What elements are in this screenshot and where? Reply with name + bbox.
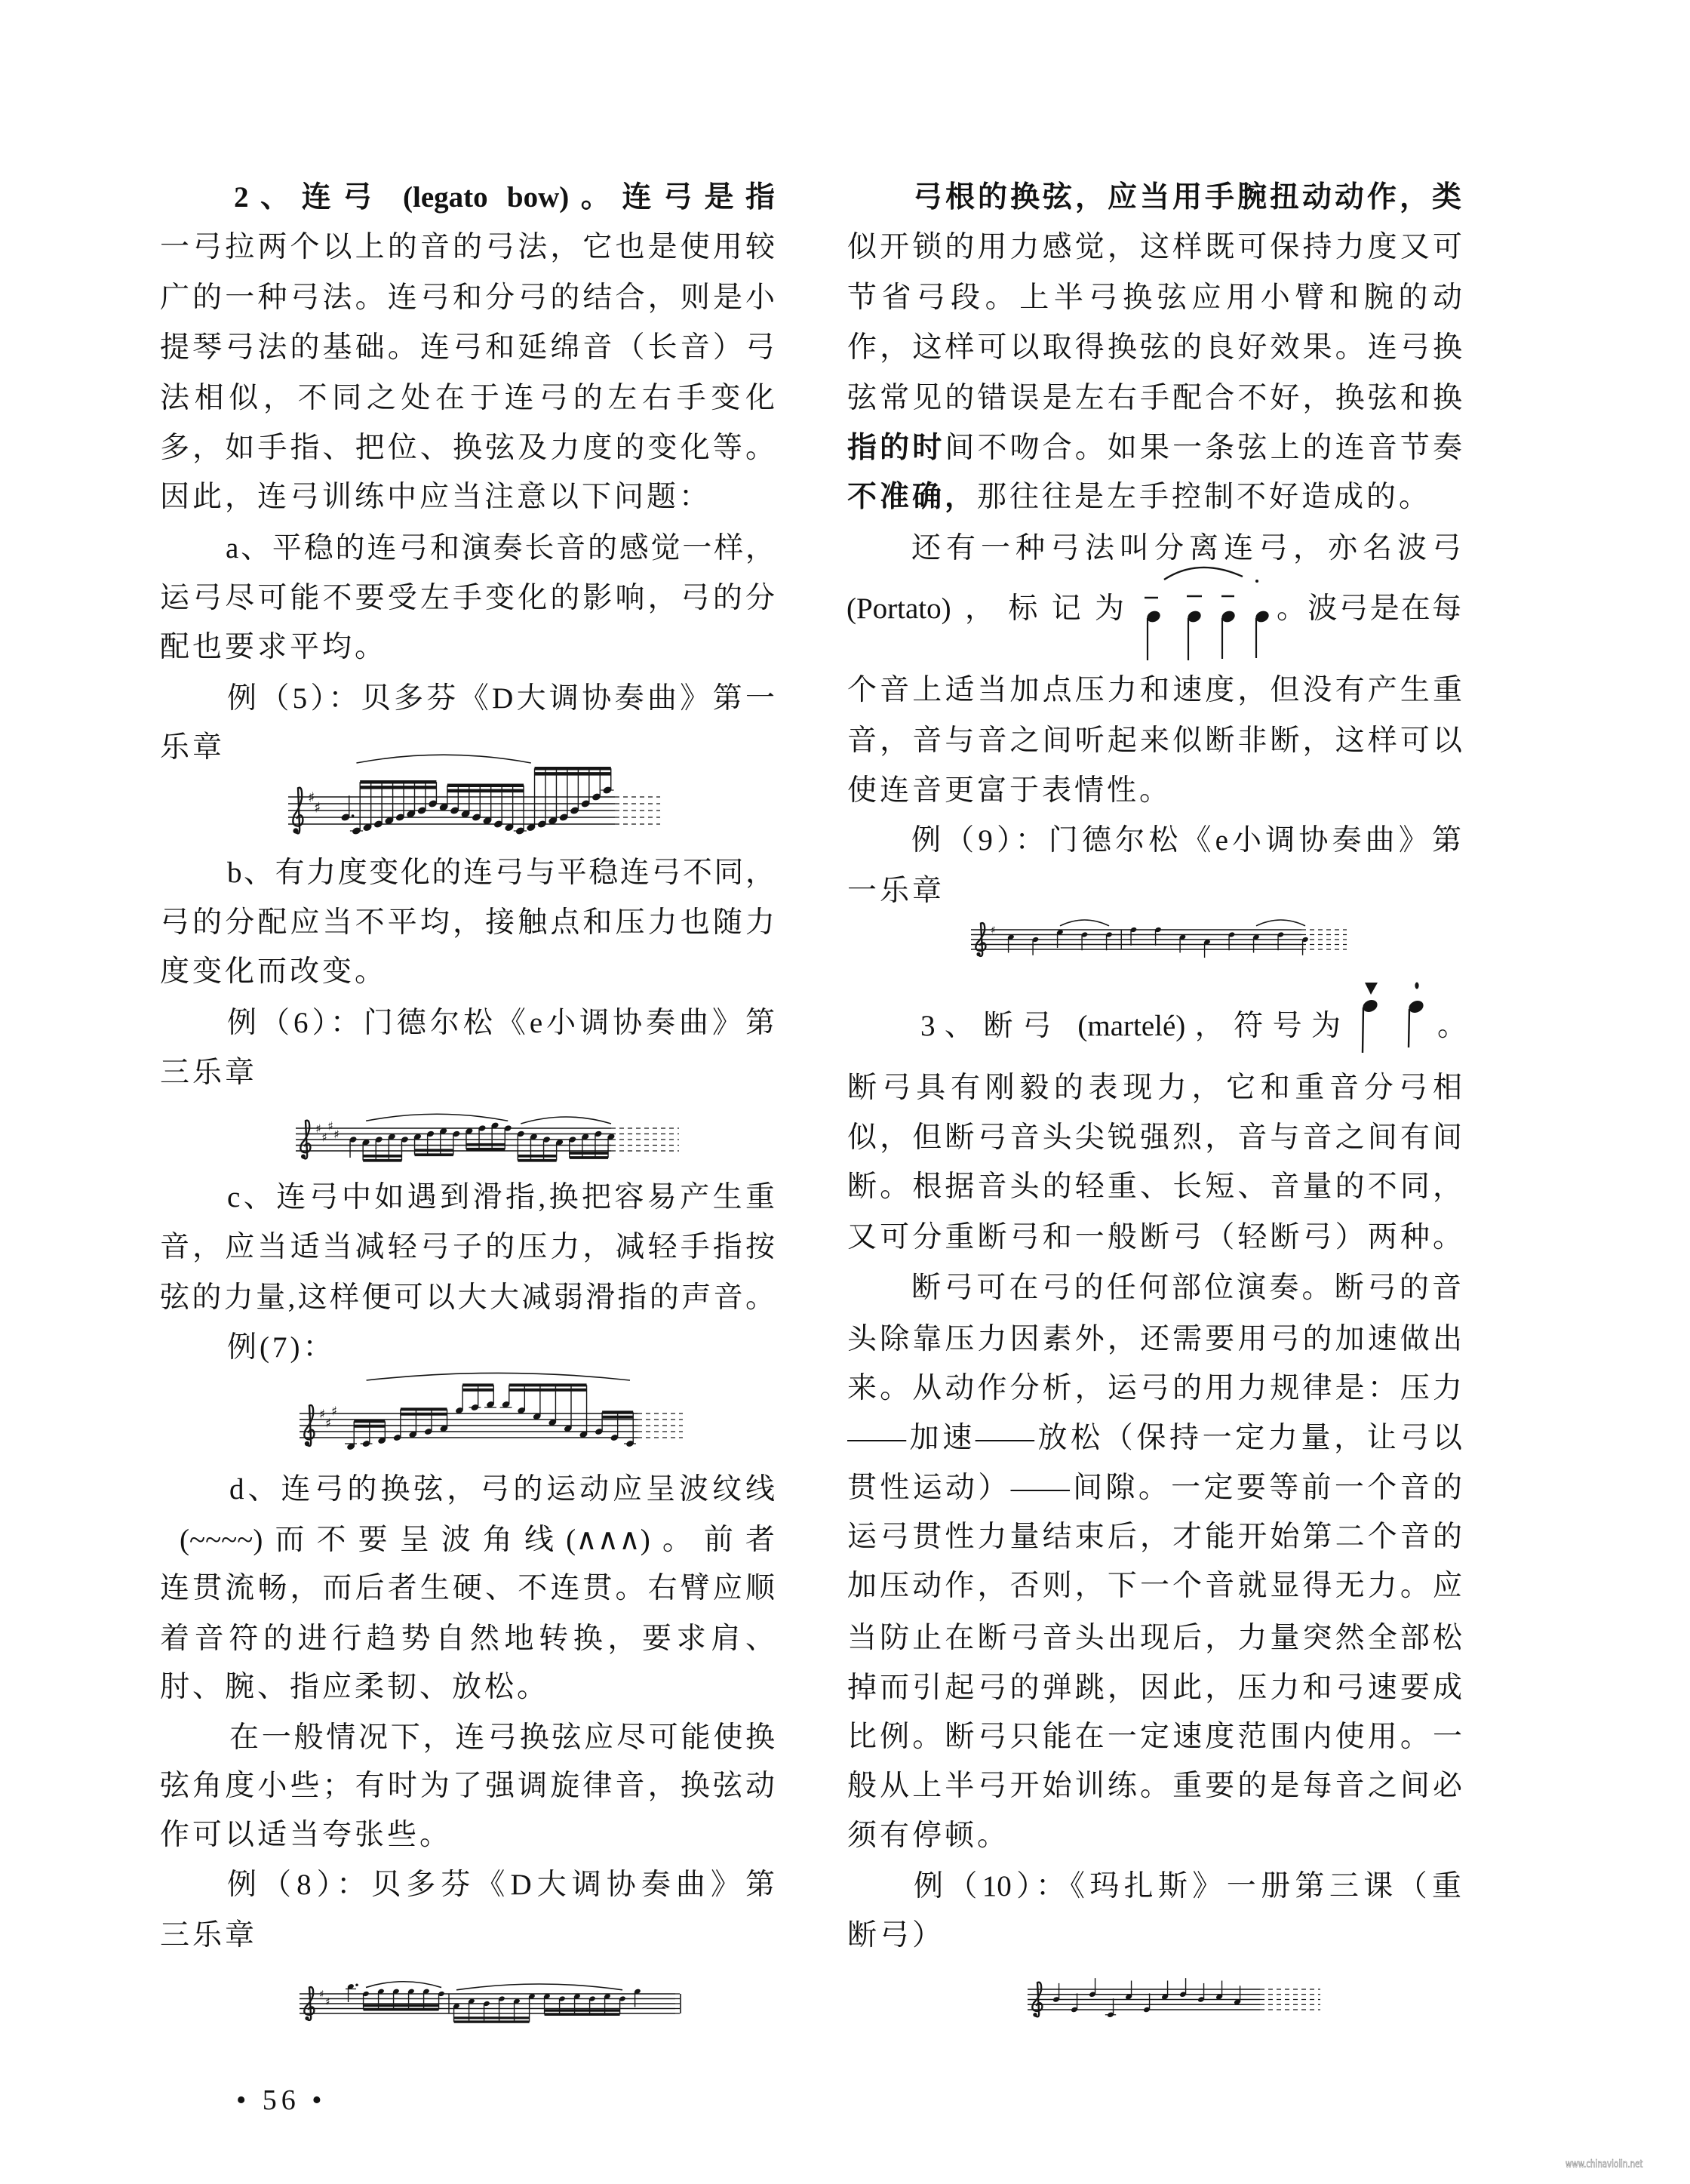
body-text-line: 作，这样可以取得换弦的良好效果。连弓换 [847,323,1462,373]
example-10-caption: 例（10）：《玛扎斯》一册第三课（重 [914,1862,1461,1912]
music-example-7-score: ♯♯♯ [298,1381,683,1453]
body-text-line: 似，但断弓音头尖锐强烈，音与音之间有间 [847,1113,1462,1163]
music-example-8-score: ♯♯ [298,1966,683,2026]
body-text-line: 音，应当适当减轻弓子的压力，减轻手指按 [160,1223,775,1272]
svg-text:♯: ♯ [321,1130,327,1144]
portato-text-after: 。波弓是在每 [1277,584,1461,634]
body-text-line: 运弓尽可能不要受左手变化的影响，弓的分 [160,574,775,623]
paragraph-start: 弓根的换弦，应当用手腕扭动动作，类 [913,173,1461,223]
body-text-line: 肘、腕、指应柔韧、放松。 [160,1663,775,1712]
music-example-10-score [1026,1970,1320,2041]
body-text-line: 多，如手指、把位、换弦及力度的变化等。 [160,423,775,473]
body-text-line: 一弓拉两个以上的音的弓法，它也是使用较 [160,223,775,272]
body-text: 那往往是左手控制不好造成的。 [977,481,1431,513]
body-text-line: 弓的分配应当不平均，接触点和压力也随力 [160,898,775,948]
body-text-line: 配也要求平均。 [160,623,775,672]
example-9-caption: 例（9）：门德尔松《e小调协奏曲》第 [911,816,1461,866]
body-text: 间不吻合。如果一条弦上的连音节奏 [945,432,1462,464]
list-item-a: a、平稳的连弓和演奏长音的感觉一样， [226,524,775,574]
body-text-line: 般从上半弓开始训练。重要的是每音之间必 [847,1761,1462,1811]
martele-notation-icon [1347,974,1437,1060]
body-text-line: 音，音与音之间听起来似断非断，这样可以 [847,716,1462,766]
list-item-b: b、有力度变化的连弓与平稳连弓不同， [227,848,775,898]
body-text-line: 比例。断弓只能在一定速度范围内使用。一 [847,1712,1462,1762]
body-text-line: 连贯流畅，而后者生硬、不连贯。右臂应顺 [160,1564,775,1613]
svg-text:♯: ♯ [327,1118,333,1133]
body-text-line: 度变化而改变。 [160,947,775,997]
body-text-line: 又可分重断弓和一般断弓（轻断弓）两种。 [847,1213,1462,1263]
example-8-caption-cont: 三乐章 [160,1911,775,1961]
body-text-line: 须有停顿。 [847,1811,1462,1861]
example-5-caption-cont: 乐章 [160,723,775,773]
body-text-line: 节省弓段。上半弓换弦应用小臂和腕的动 [847,273,1462,323]
svg-text:♯: ♯ [319,1989,324,2001]
page-number: • 56 • [236,2077,327,2124]
section-heading-legato: 2、连弓 (legato bow)。连弓是指 [234,173,775,223]
paragraph-start: 在一般情况下，连弓换弦应尽可能使换 [229,1713,775,1763]
body-text-line: 法相似，不同之处在于连弓的左右手变化 [160,374,775,423]
body-text-line: ——加速——放松（保持一定力量，让弓以 [847,1413,1462,1463]
body-text-line: 指的时间不吻合。如果一条弦上的连音节奏 [847,423,1462,473]
list-item-d: d、连弓的换弦，弓的运动应呈波纹线 [229,1465,775,1515]
emphasis-text: 指的时 [847,432,945,464]
body-text-line: 当防止在断弓音头出现后，力量突然全部松 [847,1613,1462,1663]
body-text-line: 使连音更富于表情性。 [847,766,1462,816]
body-text-line: 断弓具有刚毅的表现力，它和重音分弓相 [847,1063,1462,1113]
body-text-line: 个音上适当加点压力和速度，但没有产生重 [847,666,1462,715]
svg-text:♯: ♯ [314,800,321,817]
example-6-caption: 例（6）：门德尔松《e小调协奏曲》第 [227,998,775,1048]
body-text-line: 提琴弓法的基础。连弓和延绵音（长音）弓 [160,323,775,373]
portato-text-before: (Portato)，标记为 [847,584,1124,634]
body-text-line: 似开锁的用力感觉，这样既可保持力度又可 [847,223,1462,272]
body-text-line: 着音符的进行趋势自然地转换，要求肩、 [160,1614,775,1664]
body-text-line: 弦角度小些；有时为了强调旋律音，换弦动 [160,1761,775,1811]
portato-notation-icon [1135,558,1279,668]
body-text-line: 作可以适当夸张些。 [160,1810,775,1860]
body-text-line: 广的一种弓法。连弓和分弓的结合，则是小 [160,273,775,323]
svg-text:♯: ♯ [315,1121,321,1136]
body-text-line: 加压动作，否则，下一个音就显得无力。应 [847,1561,1462,1611]
svg-text:♯: ♯ [319,1406,325,1421]
body-text-line: 头除靠压力因素外，还需要用弓的加速做出 [847,1315,1462,1364]
svg-text:♯: ♯ [991,924,996,937]
body-text-line: (~~~~)而不要呈波角线(∧∧∧)。前者 [180,1515,775,1565]
music-example-5-score: ♯♯ [287,777,660,838]
body-text-line: 贯性运动）——间隙。一定要等前一个音的 [847,1463,1462,1513]
body-text-line: 弦常见的错误是左右手配合不好，换弦和换 [847,374,1462,423]
body-text-line: 不准确，那往往是左手控制不好造成的。 [847,472,1462,522]
body-text-line: 断。根据音头的轻重、长短、音量的不同， [847,1162,1462,1212]
body-text-line: 弦的力量,这样便可以大大减弱滑指的声音。 [160,1273,775,1323]
watermark: www.chinaviolin.net [1566,2158,1642,2170]
svg-text:♯: ♯ [325,1415,331,1430]
section-heading-martele: 3、断弓 (martelé)，符号为 [920,1001,1341,1051]
body-text-line: 运弓贯性力量结束后，才能开始第二个音的 [847,1512,1462,1562]
example-8-caption: 例（8）：贝多芬《D大调协奏曲》第 [227,1860,775,1910]
music-example-6-score: ♯♯♯♯ [294,1109,679,1170]
list-item-c: c、连弓中如遇到滑指,换把容易产生重 [227,1173,775,1223]
svg-text:♯: ♯ [331,1403,337,1418]
example-6-caption-cont: 三乐章 [160,1048,775,1098]
example-10-caption-cont: 断弓） [847,1911,1462,1961]
body-text-line: 掉而引起弓的弹跳，因此，压力和弓速要成 [847,1663,1462,1713]
svg-text:♯: ♯ [325,1996,330,2008]
emphasis-text: 不准确， [847,481,977,513]
body-text-line: 来。从动作分析，运弓的用力规律是：压力 [847,1364,1462,1413]
paragraph-start: 断弓可在弓的任何部位演奏。断弓的音 [911,1263,1461,1313]
martele-text-after: 。 [1437,1001,1467,1051]
example-7-caption: 例(7)： [227,1323,775,1373]
body-text-line: 因此，连弓训练中应当注意以下问题： [160,472,775,522]
music-example-9-score: ♯ [969,909,1347,966]
example-5-caption: 例（5）：贝多芬《D大调协奏曲》第一 [227,674,775,724]
svg-text:♯: ♯ [333,1127,340,1142]
